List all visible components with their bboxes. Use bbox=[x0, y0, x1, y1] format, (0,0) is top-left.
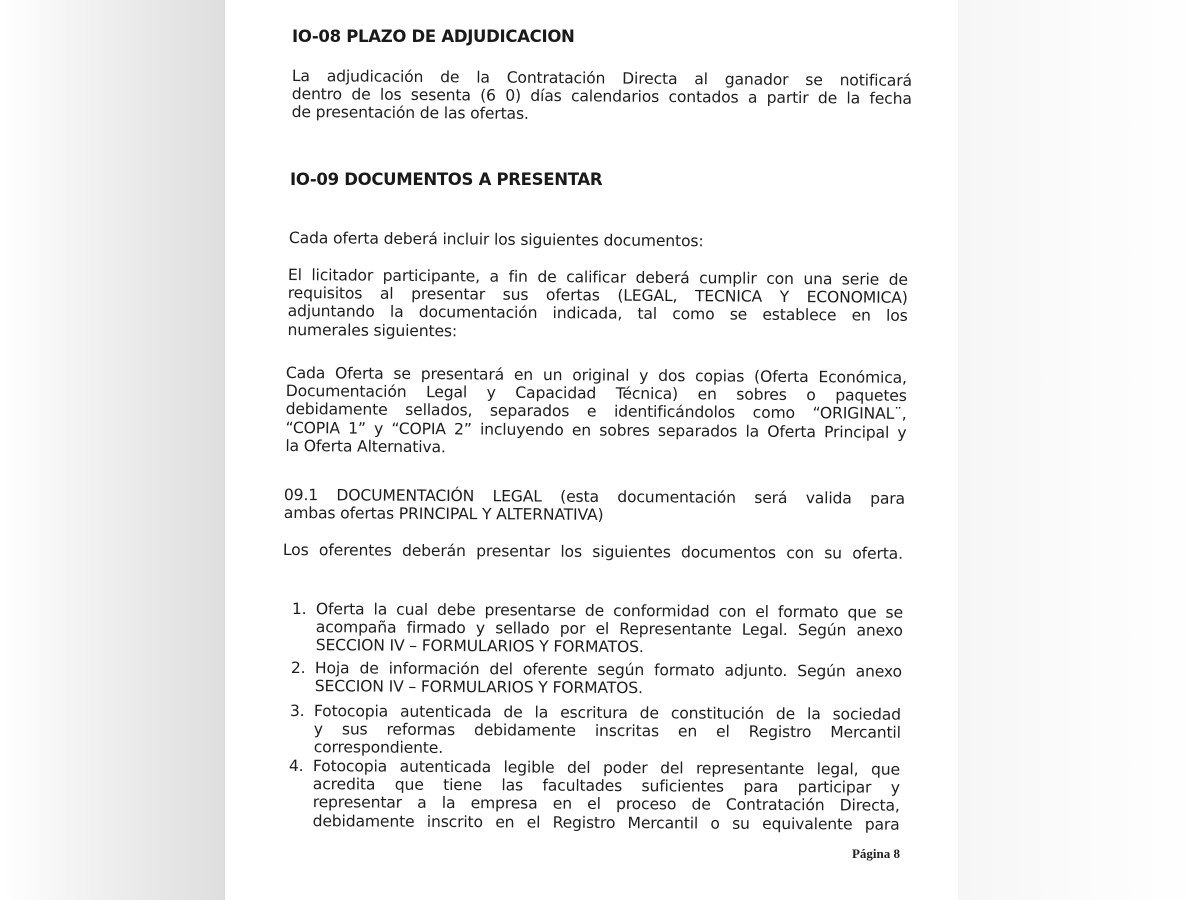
text-line: SECCION IV – FORMULARIOS Y FORMATOS. bbox=[315, 677, 902, 699]
list-item-2: 2. Hoja de información del oferente segú… bbox=[291, 659, 902, 663]
paragraph-documentacion-legal: 09.1 DOCUMENTACIÓN LEGAL (esta documenta… bbox=[284, 486, 905, 526]
list-item-1: 1. Oferta la cual debe presentarse de co… bbox=[292, 600, 903, 604]
list-number: 3. bbox=[290, 702, 305, 720]
paragraph-oferentes: Los oferentes deberán presentar los sigu… bbox=[283, 541, 903, 563]
text-line: SECCION IV – FORMULARIOS Y FORMATOS. bbox=[316, 637, 903, 659]
text-line: Los oferentes deberán presentar los sigu… bbox=[283, 541, 903, 563]
list-number: 4. bbox=[289, 757, 304, 775]
text-line: Cada oferta deberá incluir los siguiente… bbox=[289, 229, 909, 252]
document-page: IO-08 PLAZO DE ADJUDICACION La adjudicac… bbox=[225, 0, 958, 900]
list-number: 2. bbox=[291, 659, 306, 677]
section-heading-io-09: IO-09 DOCUMENTOS A PRESENTAR bbox=[290, 170, 1023, 189]
paragraph-plazo-adjudicacion: La adjudicación de la Contratación Direc… bbox=[292, 67, 912, 126]
paragraph-licitador: El licitador participante, a fin de cali… bbox=[287, 266, 908, 344]
text-line: debidamente inscrito en el Registro Merc… bbox=[313, 812, 900, 834]
list-item-3: 3. Fotocopia autenticada de la escritura… bbox=[290, 702, 901, 706]
paragraph-intro: Cada oferta deberá incluir los siguiente… bbox=[289, 229, 909, 252]
text-line: ambas ofertas PRINCIPAL Y ALTERNATIVA) bbox=[284, 504, 905, 526]
page-number: Página 8 bbox=[852, 846, 900, 862]
section-heading-io-08: IO-08 PLAZO DE ADJUDICACION bbox=[292, 27, 1025, 46]
list-number: 1. bbox=[292, 600, 307, 618]
paragraph-cada-oferta: Cada Oferta se presentará en un original… bbox=[285, 364, 907, 460]
